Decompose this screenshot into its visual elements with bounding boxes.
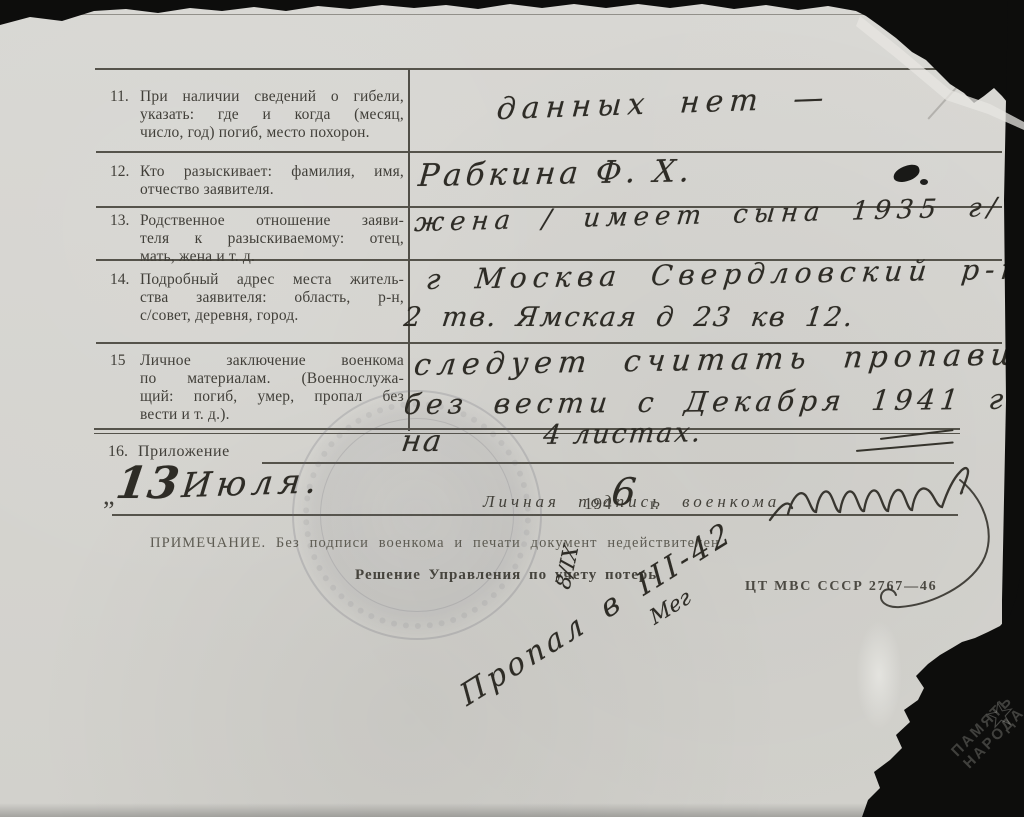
item-15-number: 15 <box>110 352 126 370</box>
item-14-text: Подробный адрес места житель- ства заяви… <box>140 271 404 325</box>
column-divider <box>408 69 410 431</box>
answer-14-line2-handwriting: 2 тв. Ямская д 23 кв 12. <box>402 302 856 333</box>
paper-bottom-shadow <box>0 803 870 817</box>
attachment-sheets: 4 листах. <box>542 417 704 451</box>
decision-line: Решение Управления по учету потерь <box>355 567 657 584</box>
item-12-number: 12. <box>110 163 129 181</box>
date-year-handwriting: 6 <box>609 470 638 514</box>
rule-line <box>95 68 1008 70</box>
date-day-handwriting: 13 <box>113 458 183 509</box>
date-month-handwriting: Июля. <box>180 461 324 506</box>
rule-line <box>94 428 960 430</box>
torn-paper-highlight <box>856 620 902 730</box>
item-13-number: 13. <box>110 212 129 230</box>
scanned-document: 11. При наличии сведений о гибели, указа… <box>0 0 1024 817</box>
answer-12-handwriting: Рабкина Ф. Х. <box>417 153 695 194</box>
item-11-text: При наличии сведений о гибели, указать: … <box>140 88 404 142</box>
attachment-on-word: на <box>399 424 446 459</box>
item-13-text: Родственное отношение заяви- теля к разы… <box>140 212 404 266</box>
form-code: ЦТ МВС СССР 2767—46 <box>745 579 937 595</box>
rule-line <box>30 14 990 15</box>
answer-15-line2-handwriting: без вести с Декабря 1941 г. <box>402 383 1024 421</box>
item-12-text: Кто разыскивает: фамилия, имя, отчество … <box>140 163 404 199</box>
rule-line <box>96 151 1002 153</box>
rule-line <box>94 433 960 434</box>
note-line: ПРИМЕЧАНИЕ. Без подписи военкома и печат… <box>150 535 725 552</box>
ink-speck <box>920 179 928 185</box>
item-11-number: 11. <box>110 88 129 106</box>
item-14-number: 14. <box>110 271 129 289</box>
item-15-text: Личное заключение военкома по материалам… <box>140 352 404 424</box>
